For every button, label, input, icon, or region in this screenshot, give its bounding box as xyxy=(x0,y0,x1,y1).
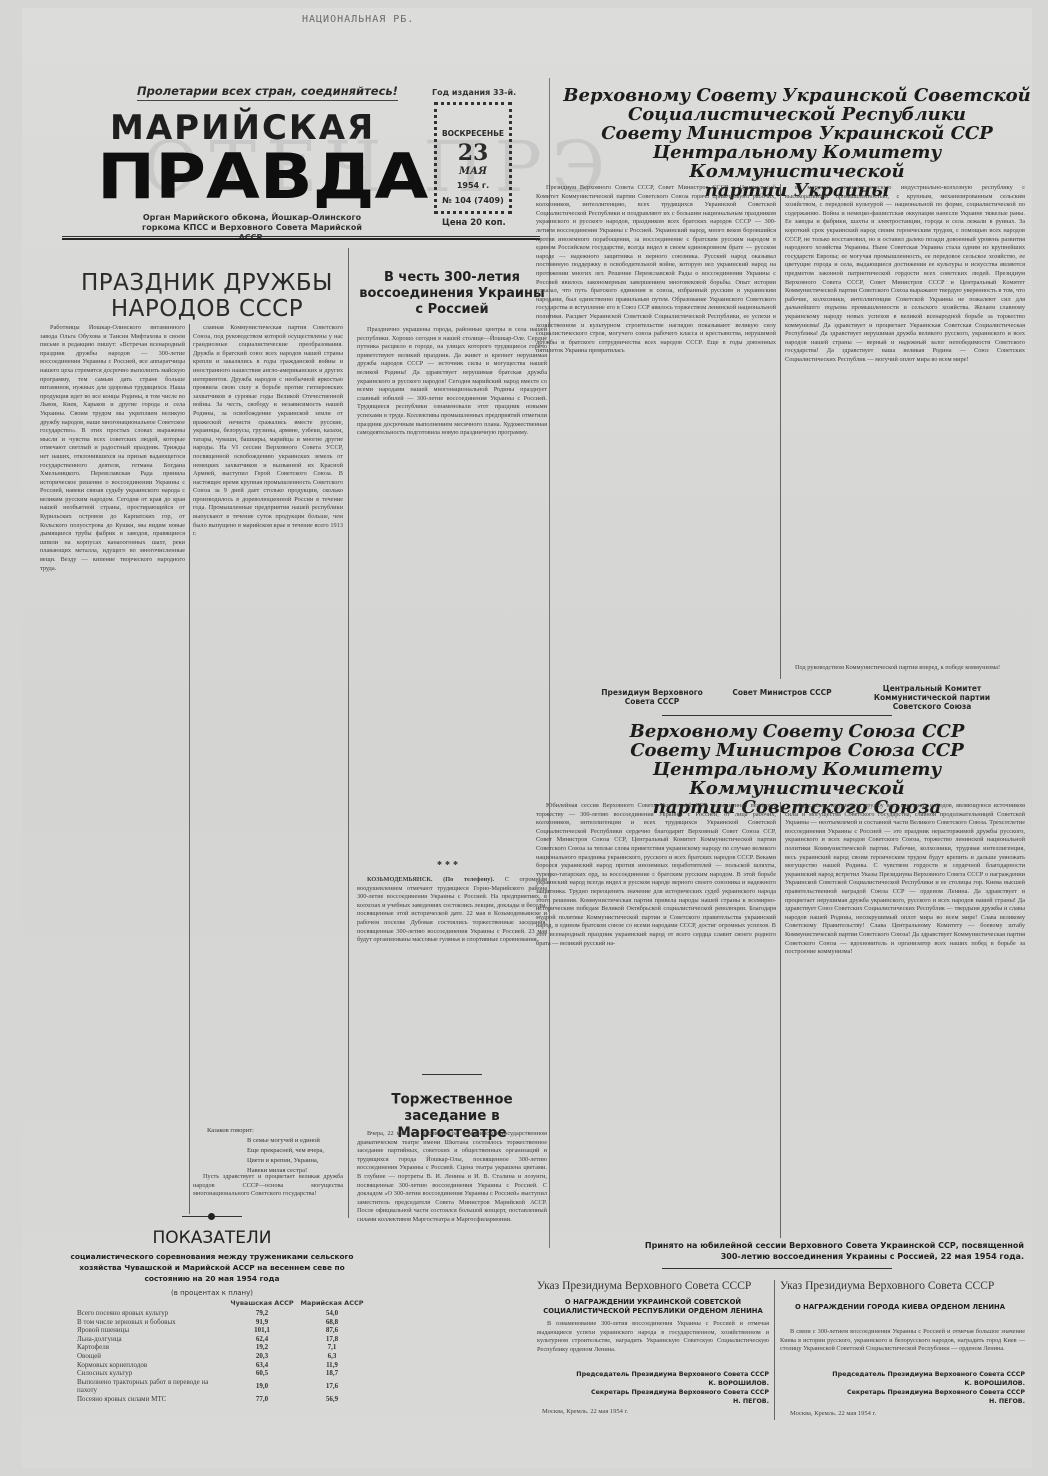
decree1-title: О НАГРАЖДЕНИИ УКРАИНСКОЙ СОВЕТСКОЙ СОЦИА… xyxy=(537,1298,769,1316)
mari-value: 68,8 xyxy=(297,1318,367,1327)
chuvash-value: 79,2 xyxy=(227,1309,297,1318)
issue-number: № 104 (7409) xyxy=(437,196,509,205)
indicators-title: ПОКАЗАТЕЛИ xyxy=(62,1228,362,1248)
row-label: Льна-долгунца xyxy=(77,1335,227,1344)
table-row: Картофеля19,27,1 xyxy=(77,1343,367,1352)
column-rule xyxy=(774,1280,775,1420)
mari-value: 18,7 xyxy=(297,1369,367,1378)
mari-value: 11,9 xyxy=(297,1361,367,1370)
ukraine-address-col1: Президиум Верховного Совета СССР, Совет … xyxy=(536,184,776,678)
table-row: Льна-долгунца62,417,8 xyxy=(77,1335,367,1344)
mari-value: 54,0 xyxy=(297,1309,367,1318)
ukraine-address-closing: Под руководством Коммунистической партии… xyxy=(785,664,1025,682)
ornament-divider xyxy=(182,1216,242,1217)
mari-value: 87,6 xyxy=(297,1326,367,1335)
left-article-col1: Работницы Йошкар-Олинского витаминного з… xyxy=(40,324,185,1216)
row-label: Выполнено тракторных работ в переводе на… xyxy=(77,1378,227,1395)
masthead-rule xyxy=(62,236,540,240)
left-article-closing: Пусть здравствует и процветает великая д… xyxy=(193,1173,343,1213)
row-label: Силосных культур xyxy=(77,1369,227,1378)
year: 1954 г. xyxy=(437,181,509,190)
table-row: Силосных культур60,518,7 xyxy=(77,1369,367,1378)
left-article-headline: ПРАЗДНИК ДРУЖБЫ НАРОДОВ СССР xyxy=(67,270,347,322)
indicators-table: Чувашская АССР Марийская АССР Всего посе… xyxy=(77,1299,367,1404)
poem: Казаков говорит: В семье могучей и едино… xyxy=(247,1126,324,1176)
chuvash-value: 19,0 xyxy=(227,1378,297,1395)
ukraine-address-headline: Верховному Совету Украинской Советской С… xyxy=(562,86,1032,200)
decree2-body: В связи с 300-летием воссоединения Украи… xyxy=(780,1328,1025,1368)
mari-value: 17,8 xyxy=(297,1335,367,1344)
chuvash-value: 63,4 xyxy=(227,1361,297,1370)
divider xyxy=(662,1268,892,1269)
chuvash-value: 91,9 xyxy=(227,1318,297,1327)
accepted-note: Принято на юбилейной сессии Верховного С… xyxy=(642,1240,1024,1262)
column-rule xyxy=(348,248,349,1218)
date-box: ВОСКРЕСЕНЬЕ 23 МАЯ 1954 г. № 104 (7409) xyxy=(434,102,512,214)
chuvash-value: 60,5 xyxy=(227,1369,297,1378)
signature-council: Совет Министров СССР xyxy=(727,688,837,697)
divider xyxy=(662,715,892,716)
row-label: Яровой пшеницы xyxy=(77,1326,227,1335)
indicators-subtitle: социалистического соревнования между тру… xyxy=(62,1251,362,1284)
theatre-article-body: Вчера, 22 мая, в 8 часов вечера, в Марий… xyxy=(357,1130,547,1470)
decree2-title: О НАГРАЖДЕНИИ ГОРОДА КИЕВА ОРДЕНОМ ЛЕНИН… xyxy=(780,1303,1020,1312)
row-label: Картофеля xyxy=(77,1343,227,1352)
newspaper-title-line2: ПРАВДА xyxy=(97,146,428,208)
middle-article-body: Празднично украшены города, районные цен… xyxy=(357,326,547,856)
col-mari: Марийская АССР xyxy=(297,1299,367,1309)
left-article-col2: славная Коммунистическая партия Советско… xyxy=(193,324,343,1116)
row-label: Кормовых корнеплодов xyxy=(77,1361,227,1370)
middle-article-headline: В честь 300-летия воссоединения Украины … xyxy=(357,270,547,318)
price: Цена 20 коп. xyxy=(442,218,506,228)
table-row: Яровой пшеницы101,187,6 xyxy=(77,1326,367,1335)
row-label: Всего посеяно яровых культур xyxy=(77,1309,227,1318)
decree1-body: В ознаменование 300-летия воссоединения … xyxy=(537,1320,769,1368)
table-row: Всего посеяно яровых культур79,254,0 xyxy=(77,1309,367,1318)
table-row: Посеяно яровых силами МТС77,056,9 xyxy=(77,1395,367,1404)
column-rule xyxy=(780,802,781,1238)
chuvash-value: 101,1 xyxy=(227,1326,297,1335)
chuvash-value: 20,3 xyxy=(227,1352,297,1361)
month: МАЯ xyxy=(437,166,509,177)
chuvash-value: 77,0 xyxy=(227,1395,297,1404)
col-chuvash: Чувашская АССР xyxy=(227,1299,297,1309)
signature-presidium: Президиум Верховного Совета СССР xyxy=(592,688,712,706)
ukraine-address-col2: в могучую социалистическую индустриально… xyxy=(785,184,1025,664)
decree1-heading: Указ Президиума Верховного Совета СССР xyxy=(537,1280,751,1292)
table-row: Кормовых корнеплодов63,411,9 xyxy=(77,1361,367,1370)
motto: Пролетарии всех стран, соединяйтесь! xyxy=(137,84,398,101)
newspaper-page: НАЦИОНАЛЬНАЯ РБ. ОТЕЧ ПРЭ Пролетарии все… xyxy=(22,8,1032,1468)
table-row: В том числе зерновых и бобовых91,968,8 xyxy=(77,1318,367,1327)
separator-stars: *** xyxy=(437,860,461,871)
kozmodemyansk-dispatch: КОЗЬМОДЕМЬЯНСК. (По телефону). С огромны… xyxy=(357,876,547,1076)
row-label: В том числе зерновых и бобовых xyxy=(77,1318,227,1327)
signature-central-committee: Центральный Комитет Коммунистической пар… xyxy=(862,684,1002,711)
decree1-place-date: Москва, Кремль. 22 мая 1954 г. xyxy=(542,1408,628,1415)
mari-value: 56,9 xyxy=(297,1395,367,1404)
union-address-col2: род, славит нерушимую дружбу всех советс… xyxy=(785,802,1025,1238)
decree1-signatures: Председатель Президиума Верховного Совет… xyxy=(537,1370,769,1406)
decree2-place-date: Москва, Кремль. 22 мая 1954 г. xyxy=(790,1410,876,1417)
archive-stamp: НАЦИОНАЛЬНАЯ РБ. xyxy=(302,14,414,25)
mari-value: 6,3 xyxy=(297,1352,367,1361)
indicators-note: (в процентах к плану) xyxy=(62,1289,362,1297)
mari-value: 17,6 xyxy=(297,1378,367,1395)
year-of-issue: Год издания 33-й. xyxy=(432,88,516,97)
mari-value: 7,1 xyxy=(297,1343,367,1352)
column-rule xyxy=(780,184,781,679)
day: 23 xyxy=(437,140,509,166)
row-label: Овощей xyxy=(77,1352,227,1361)
union-address-col1: Юбилейная сессия Верховного Совета Украи… xyxy=(536,802,776,1238)
row-label: Посеяно яровых силами МТС xyxy=(77,1395,227,1404)
table-row: Выполнено тракторных работ в переводе на… xyxy=(77,1378,367,1395)
table-row: Овощей20,36,3 xyxy=(77,1352,367,1361)
chuvash-value: 62,4 xyxy=(227,1335,297,1344)
weekday: ВОСКРЕСЕНЬЕ xyxy=(437,129,509,138)
chuvash-value: 19,2 xyxy=(227,1343,297,1352)
decree2-signatures: Председатель Президиума Верховного Совет… xyxy=(780,1370,1025,1406)
divider xyxy=(422,1074,482,1075)
column-rule xyxy=(189,324,190,1214)
decree2-heading: Указ Президиума Верховного Совета СССР xyxy=(780,1280,994,1292)
